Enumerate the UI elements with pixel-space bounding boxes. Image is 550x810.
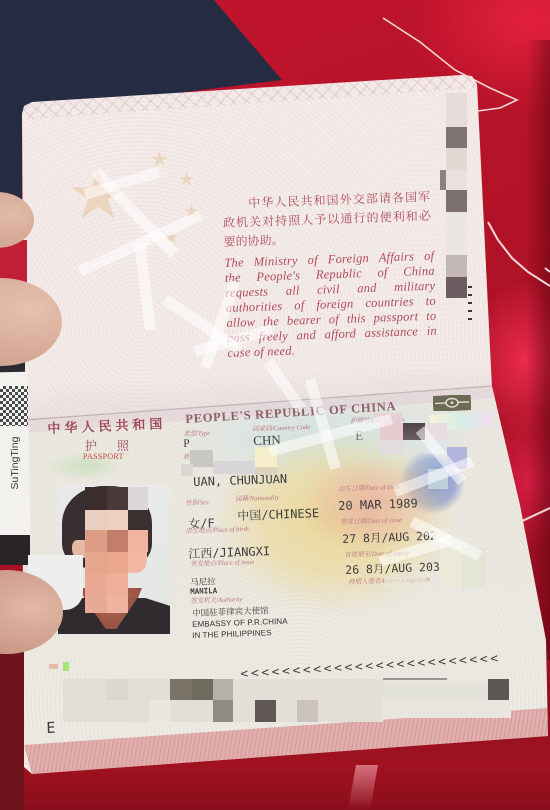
hologram-mark xyxy=(49,664,58,669)
redaction-block xyxy=(150,700,170,722)
nationality-value: 中国/CHINESE xyxy=(237,504,319,524)
face-pixel xyxy=(128,487,148,510)
face-pixel xyxy=(85,530,107,552)
redaction-block xyxy=(297,700,318,722)
face-pixel xyxy=(85,573,107,595)
redaction-block xyxy=(383,681,488,700)
redaction-block xyxy=(380,440,403,454)
red-surface-left xyxy=(0,652,24,810)
face-pixel xyxy=(107,573,128,595)
dark-object xyxy=(0,535,30,565)
redaction-block xyxy=(192,679,213,700)
face-pixel xyxy=(107,487,128,510)
face-pixel xyxy=(85,487,107,510)
face-pixel xyxy=(107,530,128,552)
redaction-block xyxy=(106,679,128,700)
face-pixel xyxy=(128,530,148,552)
document-type-en: PASSPORT xyxy=(83,452,124,461)
redaction-block xyxy=(384,577,426,587)
face-pixel xyxy=(107,552,128,573)
mrz-line-2: E xyxy=(46,719,56,737)
mrz-underline xyxy=(383,678,447,680)
hologram-mark xyxy=(63,662,69,671)
redaction-block xyxy=(181,464,193,476)
redaction-block xyxy=(213,461,255,474)
redaction-block xyxy=(170,679,192,700)
face-pixel xyxy=(128,510,148,530)
redaction-block xyxy=(213,700,233,722)
redaction-block xyxy=(213,679,233,700)
qr-code-icon xyxy=(0,386,28,426)
face-pixel xyxy=(107,595,128,613)
date-of-birth-value: 20 MAR 1989 xyxy=(338,496,418,513)
redaction-block xyxy=(488,679,509,700)
biometric-chip-icon xyxy=(433,395,471,411)
face-pixel xyxy=(85,552,107,573)
redaction-block xyxy=(255,467,277,475)
tag-name-text: SuTingTing xyxy=(9,426,21,500)
face-pixel xyxy=(85,595,107,613)
authority-label: 签发机关/Authority xyxy=(190,594,243,605)
nationality-label: 国籍/Nationality xyxy=(235,492,279,503)
type-label: 类型/Type xyxy=(183,428,210,438)
face-pixel xyxy=(107,510,128,530)
redaction-block xyxy=(383,700,511,718)
type-value: P xyxy=(183,438,190,450)
redaction-block xyxy=(190,450,213,467)
redaction-block xyxy=(255,700,276,722)
sex-label: 性别/Sex xyxy=(185,497,209,507)
face-pixel xyxy=(85,510,107,530)
